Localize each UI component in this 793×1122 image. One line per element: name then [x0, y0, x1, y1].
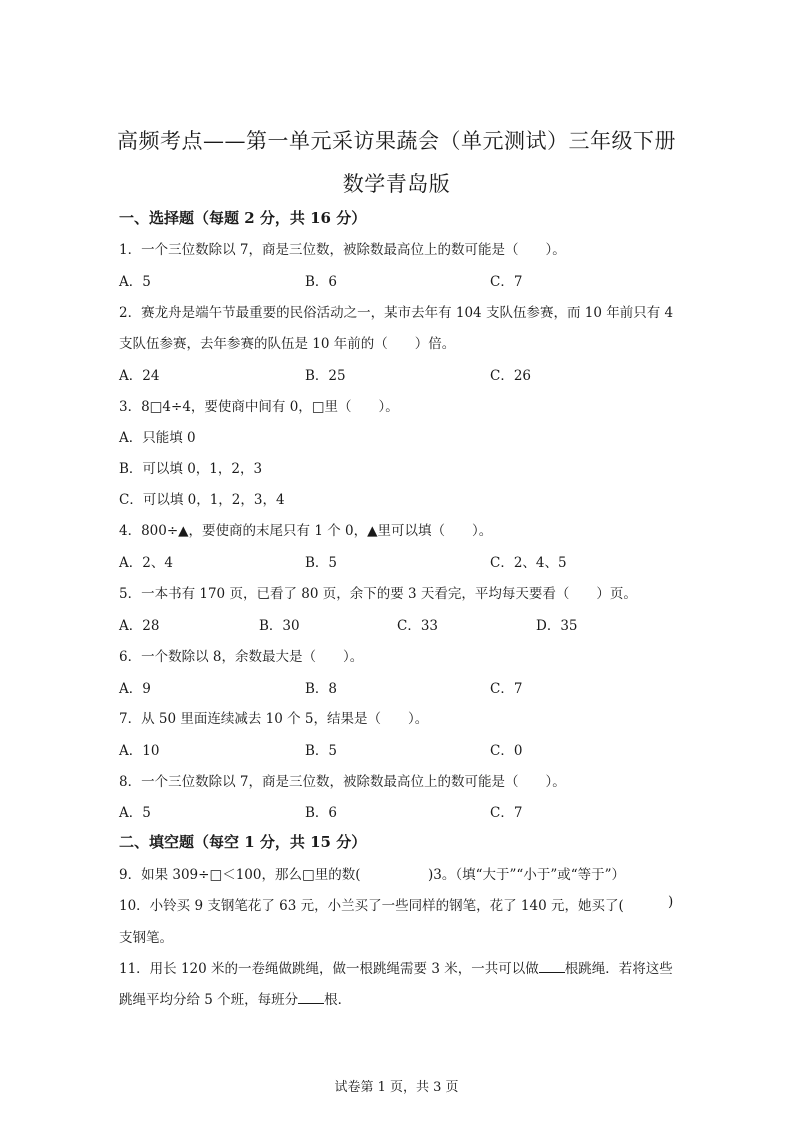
question-8: 8．一个三位数除以 7，商是三位数，被除数最高位上的数可能是（ ）。 [119, 770, 566, 790]
q4-option-a: A．2、4 [119, 551, 173, 571]
question-10-line1: 10．小铃买 9 支钢笔花了 63 元，小兰买了一些同样的钢笔，花了 140 元… [119, 894, 624, 914]
section-heading-multiple-choice: 一、选择题（每题 2 分，共 16 分） [119, 207, 366, 228]
q8-option-a: A．5 [119, 801, 151, 821]
question-10-line2: 支钢笔。 [119, 926, 173, 946]
q5-option-d: D．35 [536, 614, 578, 634]
q3-option-c: C．可以填 0，1，2，3，4 [119, 488, 285, 508]
page-footer: 试卷第 1 页，共 3 页 [0, 1076, 793, 1095]
q2-option-b: B．25 [305, 364, 346, 384]
q8-option-c: C．7 [490, 801, 522, 821]
q6-option-c: C．7 [490, 677, 522, 697]
question-2-line2: 支队伍参赛，去年参赛的队伍是 10 年前的（ ）倍。 [119, 332, 455, 352]
q6-option-b: B．8 [305, 677, 337, 697]
q6-option-a: A．9 [119, 677, 151, 697]
q7-option-c: C．0 [490, 739, 522, 759]
q11-blank-1[interactable] [539, 960, 565, 973]
question-5: 5．一本书有 170 页，已看了 80 页，余下的要 3 天看完，平均每天要看（… [119, 582, 637, 602]
q11-text-part2: 根跳绳．若将这些 [565, 961, 673, 977]
q1-option-c: C．7 [490, 270, 522, 290]
question-1: 1．一个三位数除以 7，商是三位数，被除数最高位上的数可能是（ ）。 [119, 238, 566, 258]
question-10-line1-end: ) [668, 894, 673, 910]
question-2-line1: 2．赛龙舟是端午节最重要的民俗活动之一，某市去年有 104 支队伍参赛，而 10… [119, 301, 673, 321]
q2-option-a: A．24 [119, 364, 159, 384]
question-11-line1: 11．用长 120 米的一卷绳做跳绳，做一根跳绳需要 3 米，一共可以做根跳绳．… [119, 957, 673, 977]
q5-option-a: A．28 [119, 614, 159, 634]
q1-option-a: A．5 [119, 270, 151, 290]
question-11-line2: 跳绳平均分给 5 个班，每班分根． [119, 988, 351, 1008]
question-4: 4．800÷▲，要使商的末尾只有 1 个 0，▲里可以填（ ）。 [119, 519, 492, 539]
q4-option-c: C．2、4、5 [490, 551, 567, 571]
q8-option-b: B．6 [305, 801, 337, 821]
q11-text-part1: 11．用长 120 米的一卷绳做跳绳，做一根跳绳需要 3 米，一共可以做 [119, 961, 539, 977]
q11-text-part4: 根． [324, 992, 351, 1008]
question-9: 9．如果 309÷□＜100，那么□里的数( )3。（填“大于”“小于”或“等于… [119, 863, 625, 883]
q11-blank-2[interactable] [298, 991, 324, 1004]
q1-option-b: B．6 [305, 270, 337, 290]
q11-text-part3: 跳绳平均分给 5 个班，每班分 [119, 992, 298, 1008]
question-3: 3．8□4÷4，要使商中间有 0，□里（ ）。 [119, 395, 399, 415]
q7-option-a: A．10 [119, 739, 159, 759]
q3-option-b: B．可以填 0，1，2，3 [119, 457, 262, 477]
question-6: 6．一个数除以 8，余数最大是（ ）。 [119, 645, 363, 665]
q5-option-b: B．30 [259, 614, 300, 634]
q3-option-a: A．只能填 0 [119, 426, 196, 446]
document-title-line1: 高频考点——第一单元采访果蔬会（单元测试）三年级下册 [0, 125, 793, 155]
section-heading-fill-in: 二、填空题（每空 1 分，共 15 分） [119, 831, 366, 852]
q7-option-b: B．5 [305, 739, 337, 759]
q4-option-b: B．5 [305, 551, 337, 571]
question-7: 7．从 50 里面连续减去 10 个 5，结果是（ ）。 [119, 707, 428, 727]
document-title-line2: 数学青岛版 [0, 168, 793, 198]
q2-option-c: C．26 [490, 364, 531, 384]
q5-option-c: C．33 [397, 614, 438, 634]
